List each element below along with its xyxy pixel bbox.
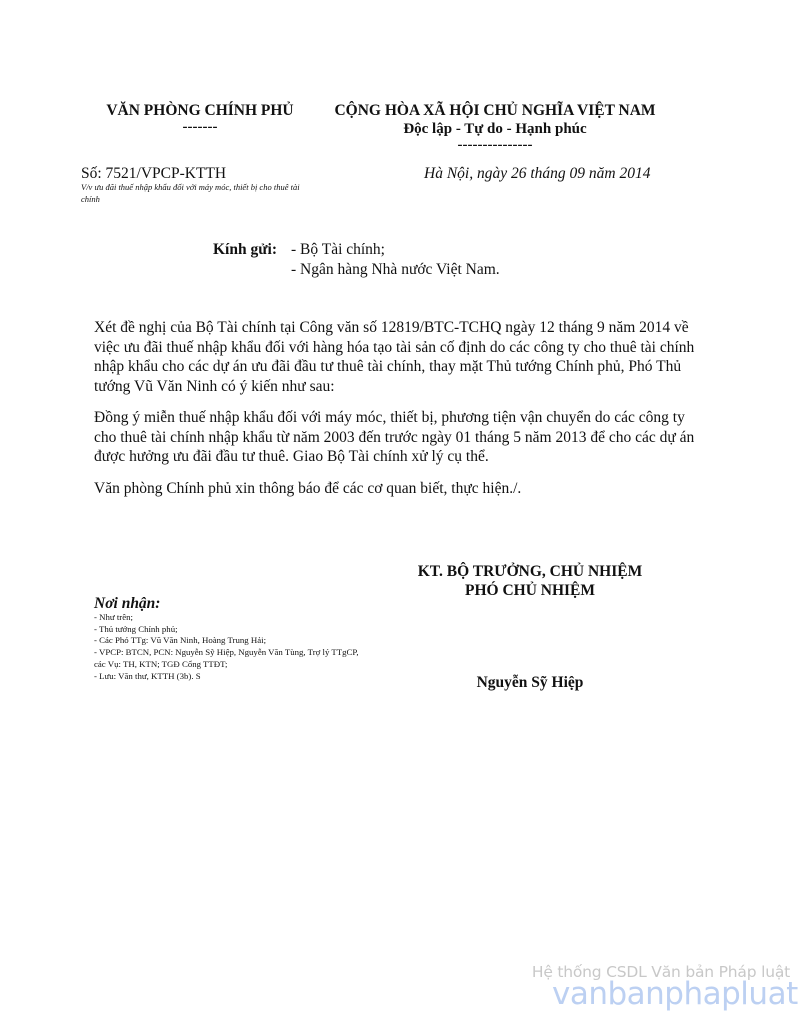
recipients-list: - Như trên; - Thủ tướng Chính phủ; - Các… [94,612,364,682]
addressee-item: - Ngân hàng Nhà nước Việt Nam. [291,260,500,280]
document-number: Số: 7521/VPCP-KTTH [81,164,226,183]
body-line: được hưởng ưu đãi đầu tư thuê. Giao Bộ T… [94,447,734,467]
body-line: Đồng ý miễn thuế nhập khẩu đối với máy m… [94,408,734,428]
document-body: Xét đề nghị của Bộ Tài chính tại Công vă… [94,318,734,510]
body-line: Văn phòng Chính phủ xin thông báo để các… [94,479,734,499]
document-date: Hà Nội, ngày 26 tháng 09 năm 2014 [424,164,650,183]
addressee-item: - Bộ Tài chính; [291,240,500,260]
body-paragraph: Xét đề nghị của Bộ Tài chính tại Công vă… [94,318,734,396]
recipients-title: Nơi nhận: [94,594,160,613]
signature-title-line1: KT. BỘ TRƯỞNG, CHỦ NHIỆM [380,562,680,581]
body-line: việc ưu đãi thuế nhập khẩu đối với hàng … [94,338,734,358]
recipient-item: - Lưu: Văn thư, KTTH (3b). S [94,671,364,683]
recipient-item: - Thủ tướng Chính phủ; [94,624,364,636]
recipient-item: - Như trên; [94,612,364,624]
motto-separator: --------------- [300,136,690,155]
agency-separator: ------- [100,118,300,137]
body-line: Xét đề nghị của Bộ Tài chính tại Công vă… [94,318,734,338]
signer-name: Nguyễn Sỹ Hiệp [380,673,680,692]
document-subject: V/v ưu đãi thuế nhập khẩu đối với máy mó… [81,182,306,205]
signature-block: KT. BỘ TRƯỞNG, CHỦ NHIỆM PHÓ CHỦ NHIỆM [380,562,680,600]
body-line: cho thuê tài chính nhập khẩu từ năm 2003… [94,428,734,448]
body-paragraph: Văn phòng Chính phủ xin thông báo để các… [94,479,734,499]
recipient-item: - VPCP: BTCN, PCN: Nguyễn Sỹ Hiệp, Nguyễ… [94,647,364,670]
body-line: nhập khẩu cho các dự án ưu đãi đầu tư th… [94,357,734,377]
body-line: tướng Vũ Văn Ninh có ý kiến như sau: [94,377,734,397]
recipient-item: - Các Phó TTg: Vũ Văn Ninh, Hoàng Trung … [94,635,364,647]
addressee-label: Kính gửi: [213,240,277,259]
signature-title-line2: PHÓ CHỦ NHIỆM [380,581,680,600]
watermark-site[interactable]: vanbanphapluat.co [552,976,800,1012]
addressee-list: - Bộ Tài chính; - Ngân hàng Nhà nước Việ… [291,240,500,280]
body-paragraph: Đồng ý miễn thuế nhập khẩu đối với máy m… [94,408,734,467]
national-title: CỘNG HÒA XÃ HỘI CHỦ NGHĨA VIỆT NAM [300,101,690,120]
